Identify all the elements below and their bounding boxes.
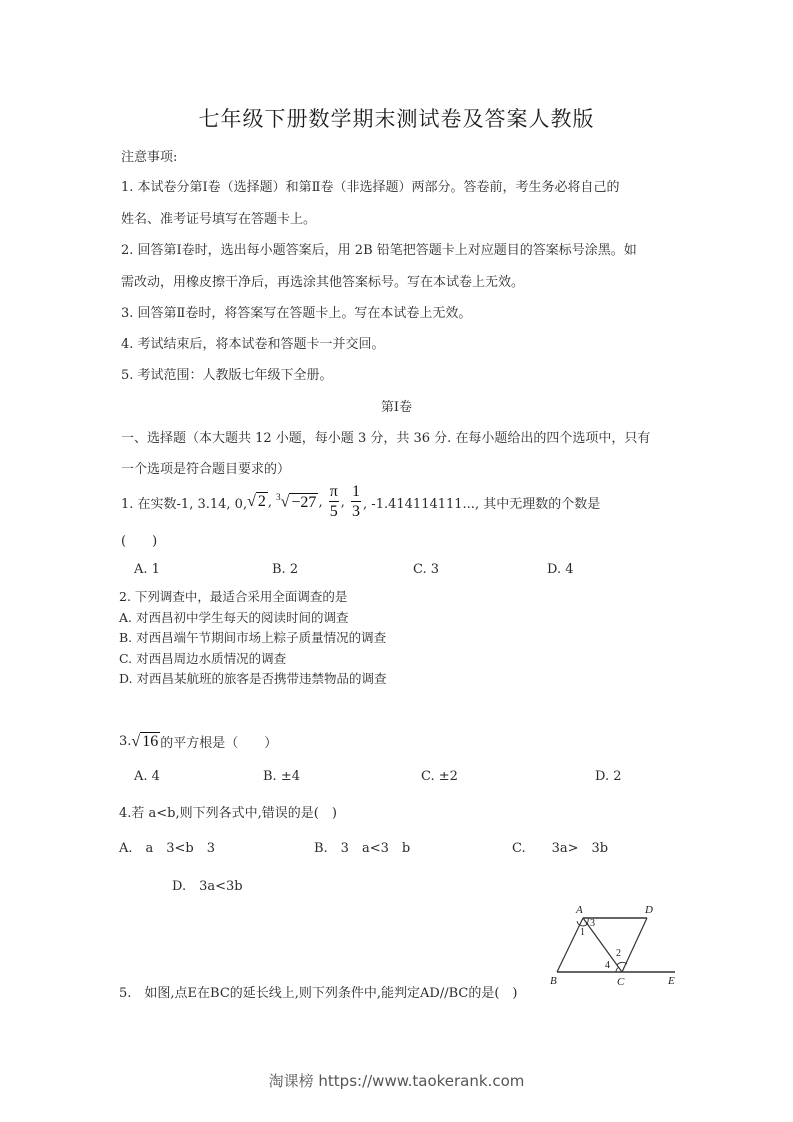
label-A: A — [575, 904, 583, 916]
q5-geometry-figure: A D B C E 1 3 2 4 — [540, 895, 690, 995]
q3-option-d: D. 2 — [595, 769, 622, 784]
q1-sqrt2: √2 — [247, 493, 268, 511]
note-5: 5. 考试范围：人教版七年级下全册。 — [121, 364, 333, 383]
q2-option-a: A. 对西昌初中学生每天的阅读时间的调查 — [119, 608, 348, 626]
q1-fraction-1-3: 13 — [351, 484, 361, 520]
note-4: 4. 考试结束后，将本试卷和答题卡一并交回。 — [121, 333, 385, 352]
q4-stem: 4.若 a<b,则下列各式中,错误的是( ) — [119, 802, 337, 821]
note-2-line2: 需改动，用橡皮擦干净后，再选涂其他答案标号。写在本试卷上无效。 — [121, 271, 524, 290]
q4-option-a: A. a 3<b 3 — [119, 837, 215, 856]
note-1-line2: 姓名、准考证号填写在答题卡上。 — [121, 208, 316, 227]
q4-option-d: D. 3a<3b — [172, 875, 243, 894]
label-B: B — [550, 975, 557, 987]
q1-comma-1: , — [268, 495, 276, 510]
angle-1: 1 — [580, 927, 585, 938]
q5-stem: 5. 如图,点E在BC的延长线上,则下列条件中,能判定AD//BC的是( ) — [119, 982, 518, 1001]
q1-comma-2: , — [318, 495, 326, 510]
q4-option-c: C. 3a> 3b — [512, 837, 608, 856]
q3-prefix: 3. — [119, 734, 131, 749]
note-3: 3. 回答第Ⅱ卷时，将答案写在答题卡上。写在本试卷上无效。 — [121, 302, 471, 321]
document-title: 七年级下册数学期末测试卷及答案人教版 — [0, 103, 793, 133]
label-D: D — [644, 904, 653, 916]
q4-option-b: B. 3 a<3 b — [314, 837, 410, 856]
q2-option-d: D. 对西昌某航班的旅客是否携带违禁物品的调查 — [119, 669, 387, 687]
angle-4: 4 — [605, 960, 610, 971]
note-2-line1: 2. 回答第Ⅰ卷时，选出每小题答案后，用 2B 铅笔把答题卡上对应题目的答案标号… — [121, 239, 637, 258]
watermark-footer: 淘课榜 https://www.taokerank.com — [0, 1070, 793, 1091]
q2-option-b: B. 对西昌端午节期间市场上粽子质量情况的调查 — [119, 628, 386, 646]
q1-option-b: B. 2 — [272, 562, 298, 577]
q1-prefix: 1. 在实数-1, 3.14, 0, — [121, 493, 247, 512]
q1-option-a: A. 1 — [134, 562, 160, 577]
q2-option-c: C. 对西昌周边水质情况的调查 — [119, 649, 286, 667]
q1-answer-bracket: ( ) — [121, 530, 157, 549]
notes-heading: 注意事项: — [121, 146, 177, 165]
label-E: E — [667, 975, 675, 987]
q3-option-b: B. ±4 — [263, 769, 300, 784]
angle-3: 3 — [590, 918, 595, 929]
label-C: C — [617, 976, 625, 988]
part-heading-line1: 一、选择题（本大题共 12 小题，每小题 3 分，共 36 分. 在每小题给出的… — [121, 427, 650, 446]
q3-option-c: C. ±2 — [421, 769, 458, 784]
q2-stem: 2. 下列调查中，最适合采用全面调查的是 — [119, 587, 347, 605]
q1-suffix: , -1.414114111..., 其中无理数的个数是 — [363, 493, 600, 512]
q3-option-a: A. 4 — [134, 769, 160, 784]
q1-option-c: C. 3 — [413, 562, 439, 577]
angle-2: 2 — [616, 948, 621, 959]
q1-option-d: D. 4 — [547, 562, 574, 577]
q1-fraction-pi-5: π5 — [329, 484, 339, 520]
question-1-stem: 1. 在实数-1, 3.14, 0, √2 , 3√−27 , π5 , 13 … — [121, 484, 600, 520]
q3-suffix: 的平方根是（ ） — [160, 732, 277, 751]
q1-comma-3: , — [341, 495, 349, 510]
note-1-line1: 1. 本试卷分第Ⅰ卷（选择题）和第Ⅱ卷（非选择题）两部分。答卷前，考生务必将自己… — [121, 176, 620, 195]
q1-cube-root: 3√−27 — [276, 492, 318, 511]
q3-sqrt16: √16 — [131, 733, 160, 751]
q3-stem: 3. √16 的平方根是（ ） — [119, 732, 277, 751]
section-title: 第Ⅰ卷 — [0, 396, 793, 415]
part-heading-line2: 一个选项是符合题目要求的） — [121, 458, 290, 477]
